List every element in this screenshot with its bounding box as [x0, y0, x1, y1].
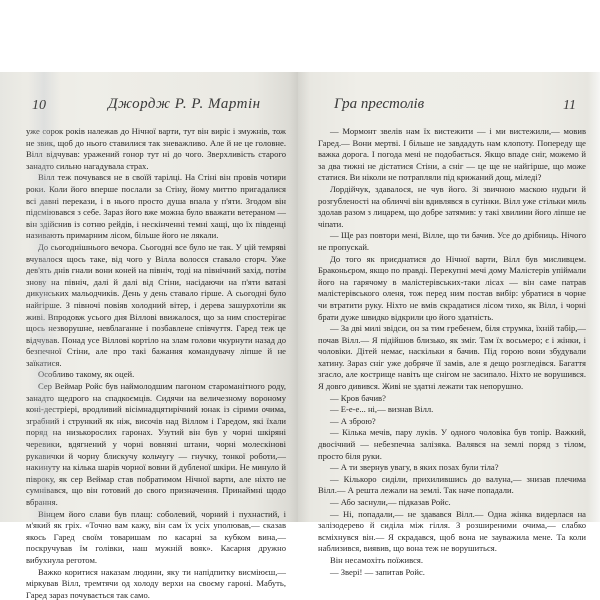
running-head-left: 10 Джордж Р. Р. Мартін	[26, 96, 286, 120]
page-text: уже сорок років належав до Нічної варти,…	[26, 126, 286, 600]
paragraph: — Е-е-е... ні,— визнав Вілл.	[318, 404, 586, 416]
paragraph: — Звері! — запитав Ройс.	[318, 567, 586, 579]
right-page: Гра престолів 11 — Мормонт звелів нам їх…	[298, 72, 600, 522]
running-head-right: Гра престолів 11	[318, 96, 586, 120]
paragraph: — За дві милі звідси, он за тим гребенем…	[318, 323, 586, 393]
paragraph: До того як приєднатися до Нічної варти, …	[318, 254, 586, 324]
paragraph: Вілл теж почувався не в своїй тарілці. Н…	[26, 172, 286, 242]
paragraph: Лордійчук, здавалося, не чув його. Зі зв…	[318, 184, 586, 230]
paragraph: — Кров бачив?	[318, 393, 586, 405]
book-title: Гра престолів	[334, 96, 424, 113]
paragraph: Важко коритися наказам людини, яку ти на…	[26, 567, 286, 600]
paragraph: — А зброю?	[318, 416, 586, 428]
paragraph: Він несамохіть поїжився.	[318, 555, 586, 567]
paragraph: Особливо такому, як оцей.	[26, 369, 286, 381]
paragraph: — Кілька мечів, пару луків. У одного чол…	[318, 427, 586, 462]
paragraph: — А ти звернув увагу, в яких позах були …	[318, 462, 586, 474]
paragraph: Сер Веймар Ройс був наймолодшим пагоном …	[26, 381, 286, 509]
paragraph: — Кількоро сиділи, прихилившись до валун…	[318, 474, 586, 497]
open-book: 10 Джордж Р. Р. Мартін уже сорок років н…	[0, 72, 600, 522]
page-number: 10	[32, 98, 46, 114]
paragraph: — Мормонт звелів нам їх вистежити — і ми…	[318, 126, 586, 184]
left-page: 10 Джордж Р. Р. Мартін уже сорок років н…	[0, 72, 298, 522]
paragraph: Вінцем його слави був плащ: соболевий, ч…	[26, 509, 286, 567]
author-name: Джордж Р. Р. Мартін	[108, 96, 261, 113]
paragraph: уже сорок років належав до Нічної варти,…	[26, 126, 286, 172]
page-number: 11	[563, 98, 576, 114]
page-text: — Мормонт звелів нам їх вистежити — і ми…	[318, 126, 586, 578]
paragraph: — Ще раз повтори мені, Вілле, що ти бачи…	[318, 230, 586, 253]
paragraph: — Або заснули,— підказав Ройс.	[318, 497, 586, 509]
paragraph: — Ні, попадали,— не здавався Вілл.— Одна…	[318, 509, 586, 555]
paragraph: До сьогоднішнього вечора. Сьогодні все б…	[26, 242, 286, 370]
